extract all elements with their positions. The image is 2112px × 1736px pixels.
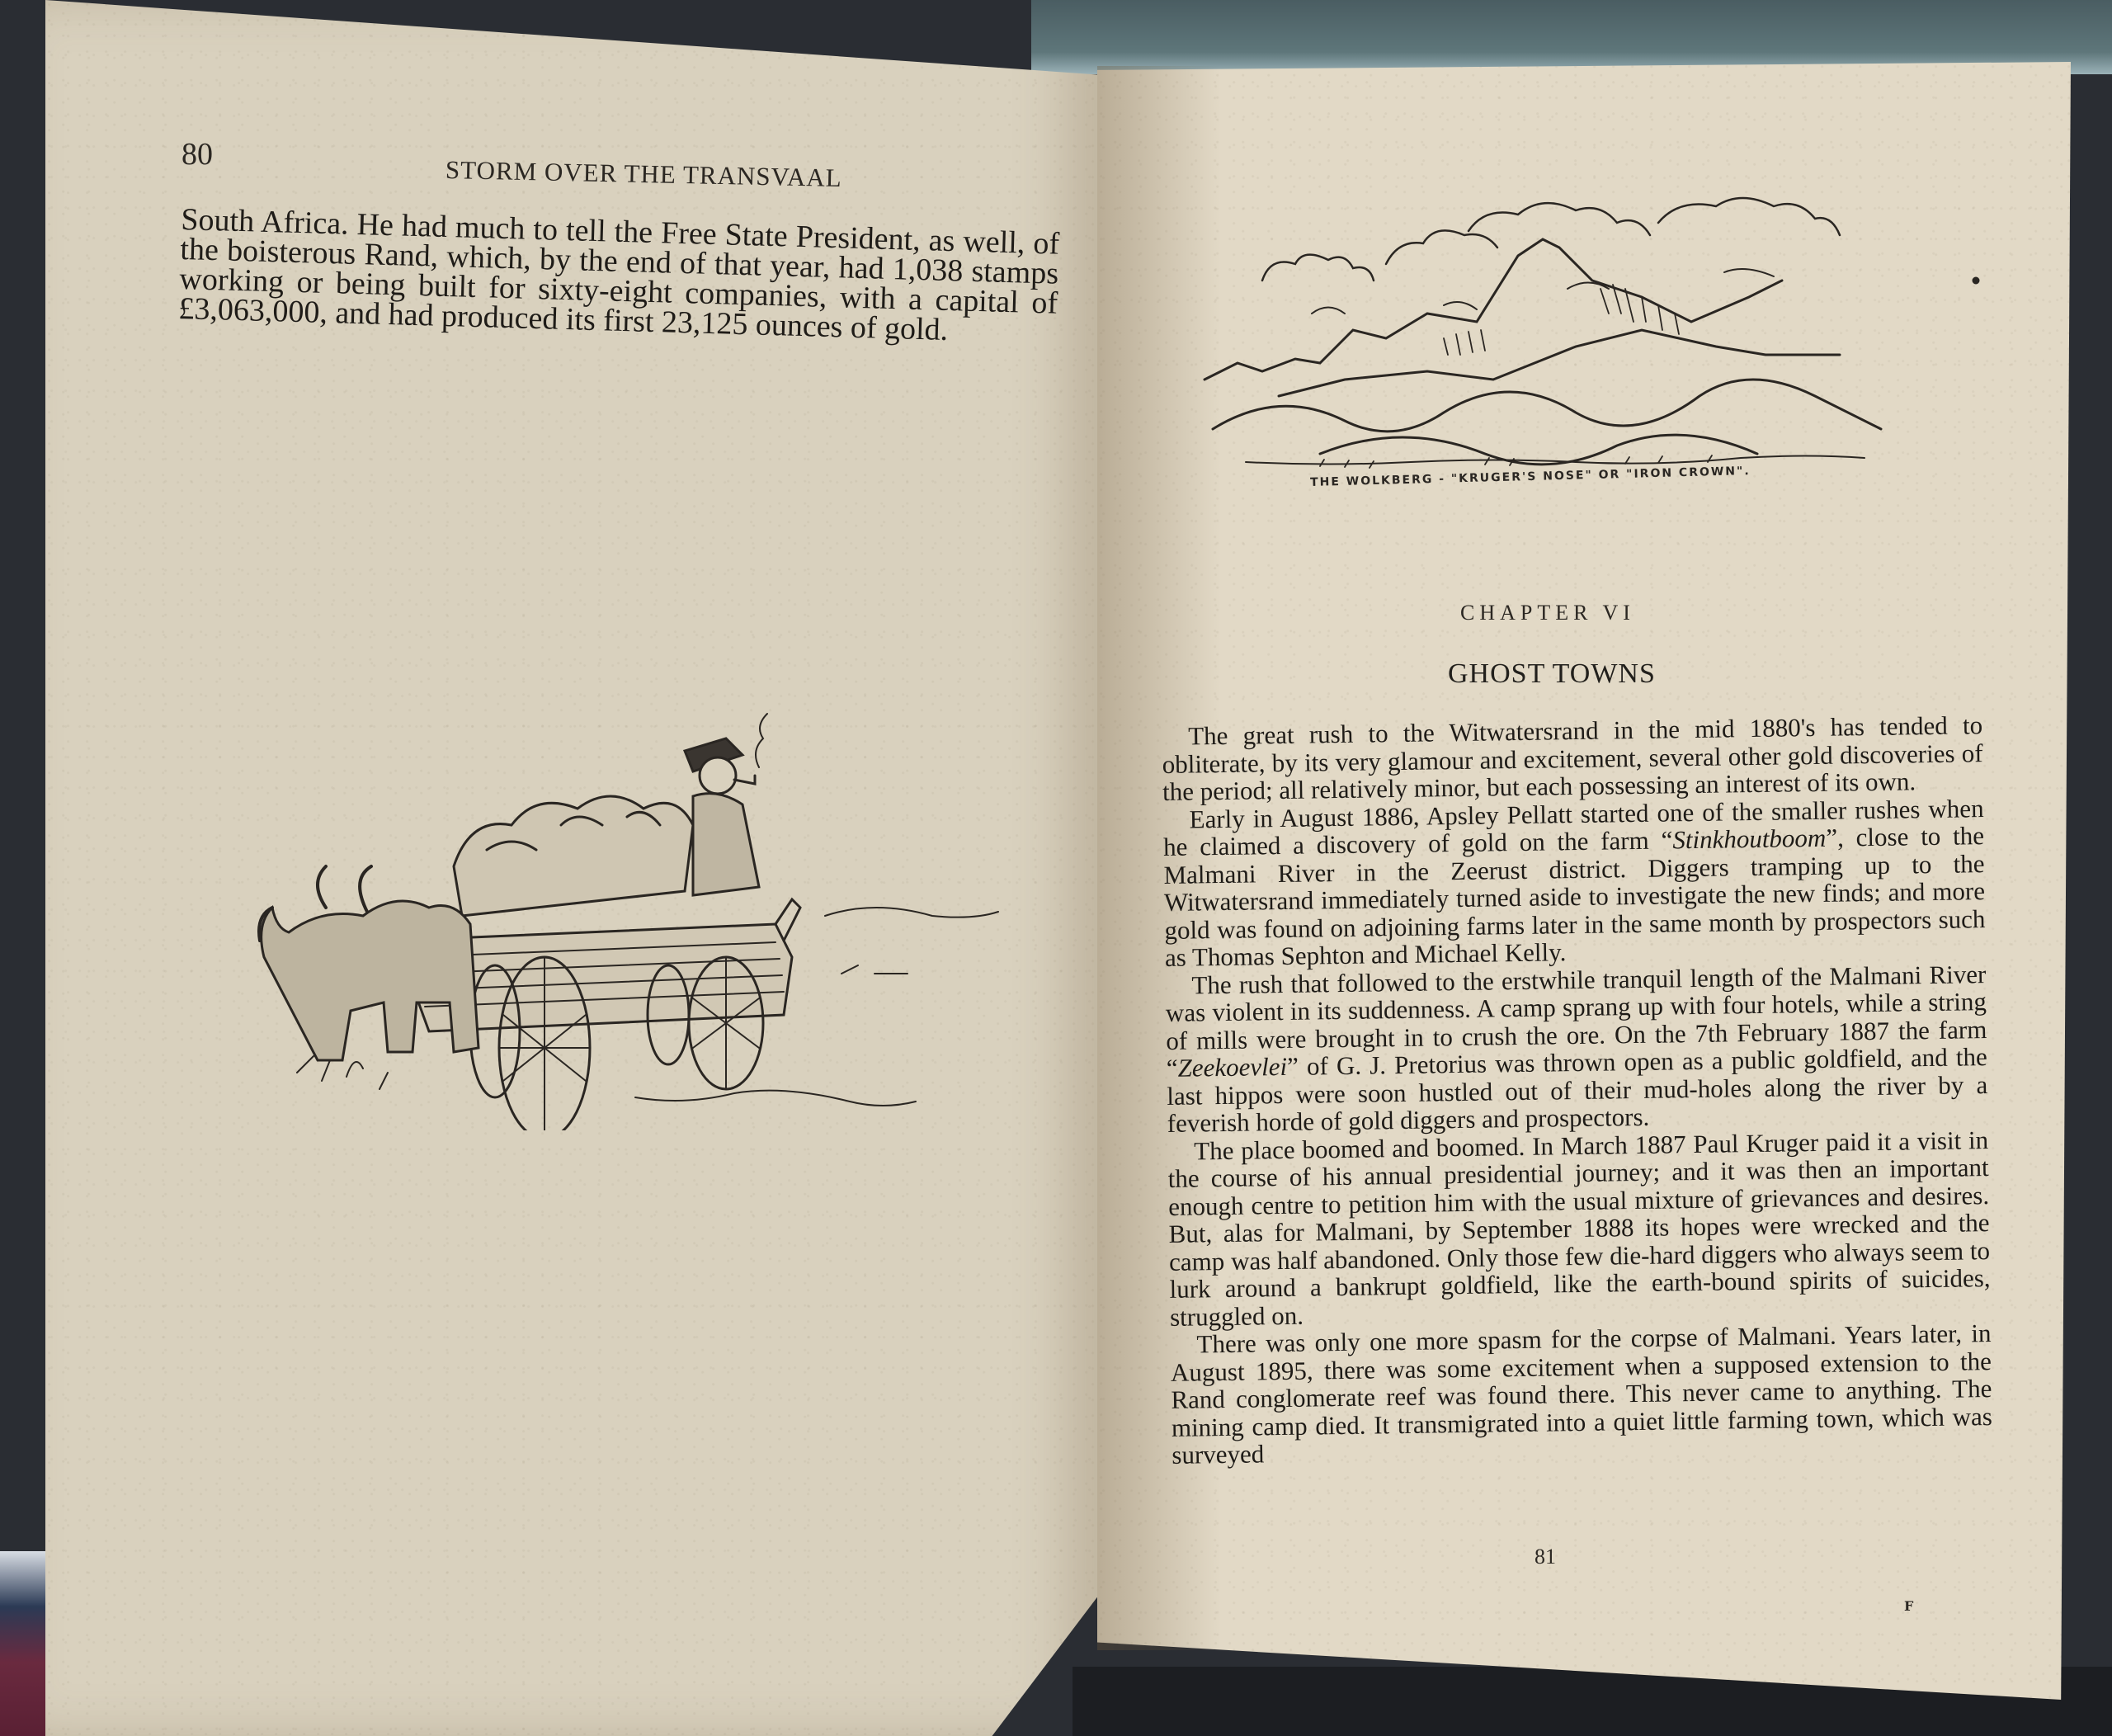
page-number-left: 80 — [181, 136, 213, 172]
chapter-title: GHOST TOWNS — [1448, 658, 1656, 690]
paragraph: South Africa. He had much to tell the Fr… — [178, 205, 1060, 348]
italic-term: Stinkhoutboom — [1672, 823, 1826, 855]
left-page-body: South Africa. He had much to tell the Fr… — [178, 205, 1060, 348]
page-number-right: 81 — [1534, 1545, 1556, 1569]
paragraph: The place boomed and boomed. In March 18… — [1167, 1126, 1991, 1331]
paragraph: There was only one more spasm for the co… — [1170, 1319, 1992, 1469]
text-run: There was only one more spasm for the co… — [1171, 1319, 1992, 1469]
chapter-number: CHAPTER VI — [1460, 601, 1635, 625]
signature-mark: F — [1904, 1598, 1913, 1614]
mountain-landscape-illustration — [1196, 190, 1980, 495]
text-run: The place boomed and boomed. In March 18… — [1167, 1125, 1990, 1332]
italic-term: Zeekoevlei — [1177, 1052, 1287, 1083]
background-left — [0, 1551, 49, 1736]
paragraph: The great rush to the Witwatersrand in t… — [1162, 711, 1983, 805]
text-run: The great rush to the Witwatersrand in t… — [1162, 710, 1982, 806]
paragraph: The rush that followed to the erstwhile … — [1165, 960, 1988, 1138]
right-page-body: The great rush to the Witwatersrand in t… — [1162, 711, 1993, 1469]
text-run: ” of G. J. Pretorius was thrown open as … — [1167, 1042, 1987, 1138]
ox-wagon-illustration — [247, 685, 1015, 1130]
paragraph: Early in August 1886, Apsley Pellatt sta… — [1162, 795, 1986, 972]
